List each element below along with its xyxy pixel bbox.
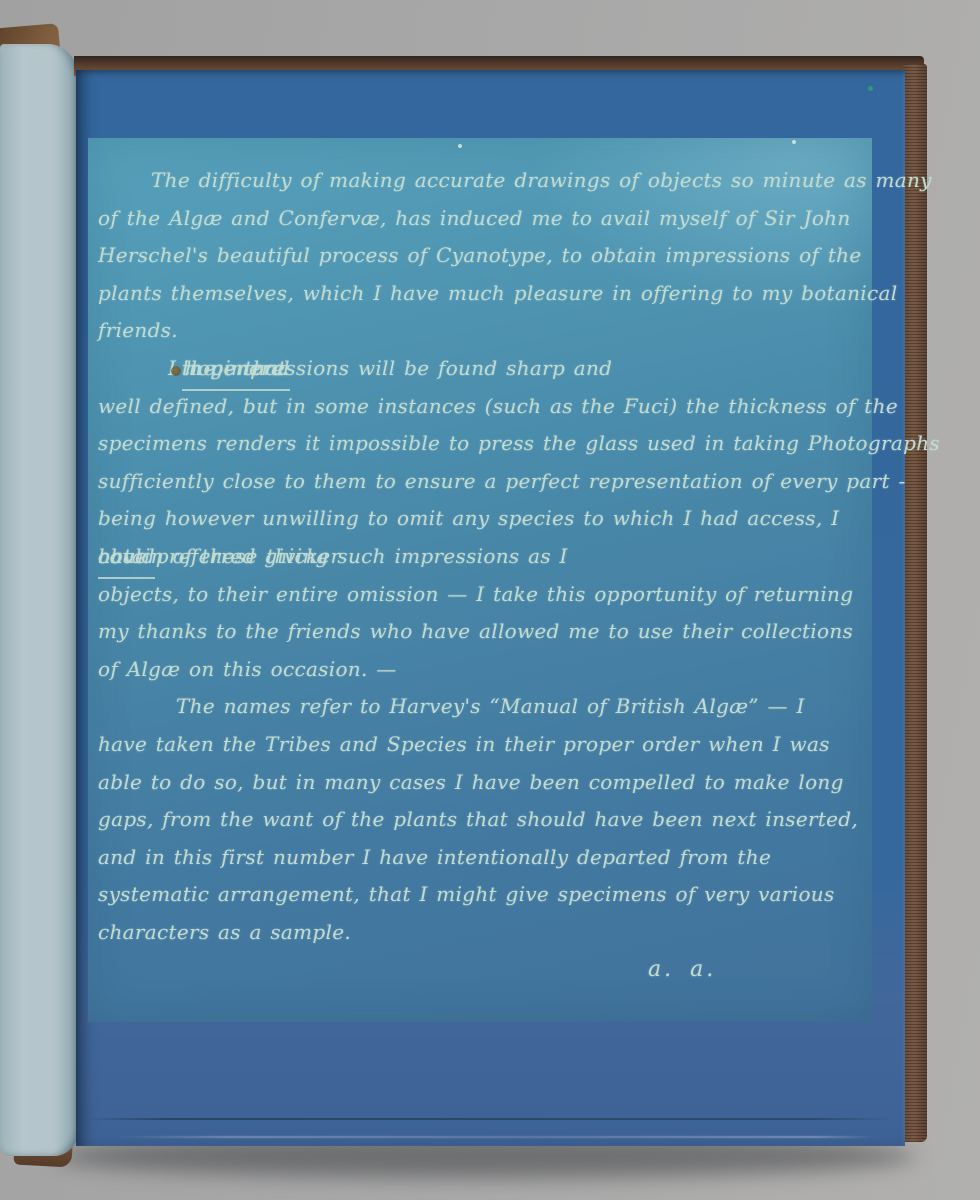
page-bottom-scuff: [116, 1136, 876, 1138]
manuscript-line: objects, to their entire omission — I ta…: [98, 576, 864, 614]
photo-backdrop: The difficulty of making accurate drawin…: [0, 0, 980, 1200]
manuscript-line: characters as a sample.: [98, 914, 864, 952]
manuscript-line-segment: obtain of these thicker: [98, 538, 340, 576]
manuscript-line: gaps, from the want of the plants that s…: [98, 801, 864, 839]
cyanotype-page: The difficulty of making accurate drawin…: [76, 70, 905, 1146]
manuscript-line: The difficulty of making accurate drawin…: [98, 162, 864, 200]
manuscript-line: specimens renders it impossible to press…: [98, 425, 864, 463]
artifact-speck-white: [792, 140, 796, 144]
manuscript-line: have taken the Tribes and Species in the…: [98, 726, 864, 764]
manuscript-line: of the Algæ and Confervæ, has induced me…: [98, 200, 864, 238]
manuscript-line: of Algæ on this occasion. —: [98, 651, 864, 689]
manuscript-line-segment: the impressions will be found sharp and: [182, 350, 612, 388]
manuscript-text: The difficulty of making accurate drawin…: [88, 138, 872, 1022]
ink-blot: [171, 366, 181, 376]
facing-page-edge: [0, 44, 80, 1156]
book-cover-fore-edge: [903, 64, 927, 1142]
manuscript-line: my thanks to the friends who have allowe…: [98, 613, 864, 651]
manuscript-line: able to do so, but in many cases I have …: [98, 764, 864, 802]
manuscript-line: well defined, but in some instances (suc…: [98, 388, 864, 426]
page-crease: [84, 1118, 894, 1120]
manuscript-line: have preferred giving such impressions a…: [98, 538, 864, 576]
manuscript-line: systematic arrangement, that I might giv…: [98, 876, 864, 914]
manuscript-line: and in this first number I have intentio…: [98, 839, 864, 877]
manuscript-line: plants themselves, which I have much ple…: [98, 275, 864, 313]
manuscript-line: Herschel's beautiful process of Cyanotyp…: [98, 237, 864, 275]
artifact-speck-green: [868, 86, 873, 91]
manuscript-line: friends.: [98, 312, 864, 350]
author-initials: a. a.: [98, 951, 864, 989]
manuscript-line: I hope thatin general the impressions wi…: [98, 350, 864, 388]
cyanotype-exposed-area: The difficulty of making accurate drawin…: [88, 138, 872, 1022]
manuscript-line: The names refer to Harvey's “Manual of B…: [98, 688, 864, 726]
manuscript-line: being however unwilling to omit any spec…: [98, 500, 864, 538]
artifact-speck-white: [458, 144, 462, 148]
manuscript-line: sufficiently close to them to ensure a p…: [98, 463, 864, 501]
